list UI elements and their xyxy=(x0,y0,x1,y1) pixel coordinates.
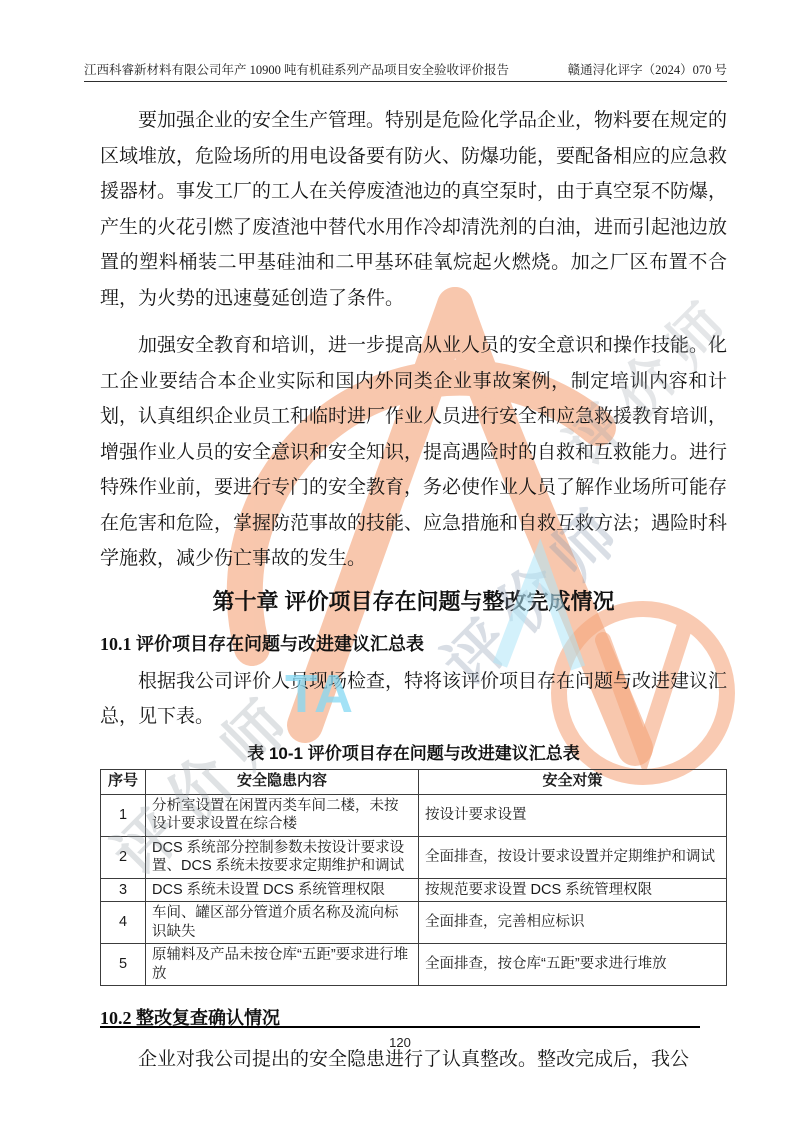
table-row: 4 车间、罐区部分管道介质名称及流向标识缺失 全面排查，完善相应标识 xyxy=(101,902,727,944)
header-report-title: 江西科睿新材料有限公司年产 10900 吨有机硅系列产品项目安全验收评价报告 xyxy=(84,60,509,78)
paragraph-safety-training: 加强安全教育和培训，进一步提高从业人员的安全意识和操作技能。化工企业要结合本企业… xyxy=(100,328,727,577)
hazard-cell: 原辅料及产品未按仓库“五距”要求进行堆放 xyxy=(146,944,419,986)
countermeasure-cell: 按设计要求设置 xyxy=(419,794,727,836)
section-10-1-title: 10.1 评价项目存在问题与改进建议汇总表 xyxy=(100,630,727,656)
paragraph-safety-management: 要加强企业的安全生产管理。特别是危险化学品企业，物料要在规定的区域堆放，危险场所… xyxy=(100,103,727,316)
table-row: 2 DCS 系统部分控制参数未按设计要求设置、DCS 系统未按要求定期维护和调试… xyxy=(101,836,727,878)
row-index: 5 xyxy=(101,944,146,986)
col-header-countermeasure: 安全对策 xyxy=(419,769,727,794)
chapter-title: 第十章 评价项目存在问题与整改完成情况 xyxy=(100,585,727,616)
page-footer: 120 xyxy=(100,1026,700,1050)
countermeasure-cell: 全面排查，按仓库“五距”要求进行堆放 xyxy=(419,944,727,986)
row-index: 1 xyxy=(101,794,146,836)
table-row: 3 DCS 系统未设置 DCS 系统管理权限 按规范要求设置 DCS 系统管理权… xyxy=(101,878,727,902)
issues-summary-table: 序号 安全隐患内容 安全对策 1 分析室设置在闲置丙类车间二楼，未按设计要求设置… xyxy=(100,769,727,987)
hazard-cell: DCS 系统部分控制参数未按设计要求设置、DCS 系统未按要求定期维护和调试 xyxy=(146,836,419,878)
table-row: 1 分析室设置在闲置丙类车间二楼，未按设计要求设置在综合楼 按设计要求设置 xyxy=(101,794,727,836)
table-header-row: 序号 安全隐患内容 安全对策 xyxy=(101,769,727,794)
countermeasure-cell: 按规范要求设置 DCS 系统管理权限 xyxy=(419,878,727,902)
page-content: 江西科睿新材料有限公司年产 10900 吨有机硅系列产品项目安全验收评价报告 赣… xyxy=(100,60,727,1078)
header-doc-number: 赣通浔化评字（2024）070 号 xyxy=(568,60,727,78)
table-row: 5 原辅料及产品未按仓库“五距”要求进行堆放 全面排查，按仓库“五距”要求进行堆… xyxy=(101,944,727,986)
footer-divider xyxy=(100,1026,700,1028)
page-header: 江西科睿新材料有限公司年产 10900 吨有机硅系列产品项目安全验收评价报告 赣… xyxy=(84,60,727,82)
hazard-cell: 分析室设置在闲置丙类车间二楼，未按设计要求设置在综合楼 xyxy=(146,794,419,836)
hazard-cell: 车间、罐区部分管道介质名称及流向标识缺失 xyxy=(146,902,419,944)
page-number: 120 xyxy=(100,1035,700,1050)
col-header-index: 序号 xyxy=(101,769,146,794)
row-index: 4 xyxy=(101,902,146,944)
hazard-cell: DCS 系统未设置 DCS 系统管理权限 xyxy=(146,878,419,902)
section-10-1-intro: 根据我公司评价人员现场检查，特将该评价项目存在问题与改进建议汇总，见下表。 xyxy=(100,664,727,735)
row-index: 3 xyxy=(101,878,146,902)
col-header-hazard: 安全隐患内容 xyxy=(146,769,419,794)
table-caption: 表 10-1 评价项目存在问题与改进建议汇总表 xyxy=(100,739,727,764)
countermeasure-cell: 全面排查，完善相应标识 xyxy=(419,902,727,944)
countermeasure-cell: 全面排查，按设计要求设置并定期维护和调试 xyxy=(419,836,727,878)
document-page: 江西科睿新材料有限公司年产 10900 吨有机硅系列产品项目安全验收评价报告 赣… xyxy=(0,0,793,1122)
row-index: 2 xyxy=(101,836,146,878)
